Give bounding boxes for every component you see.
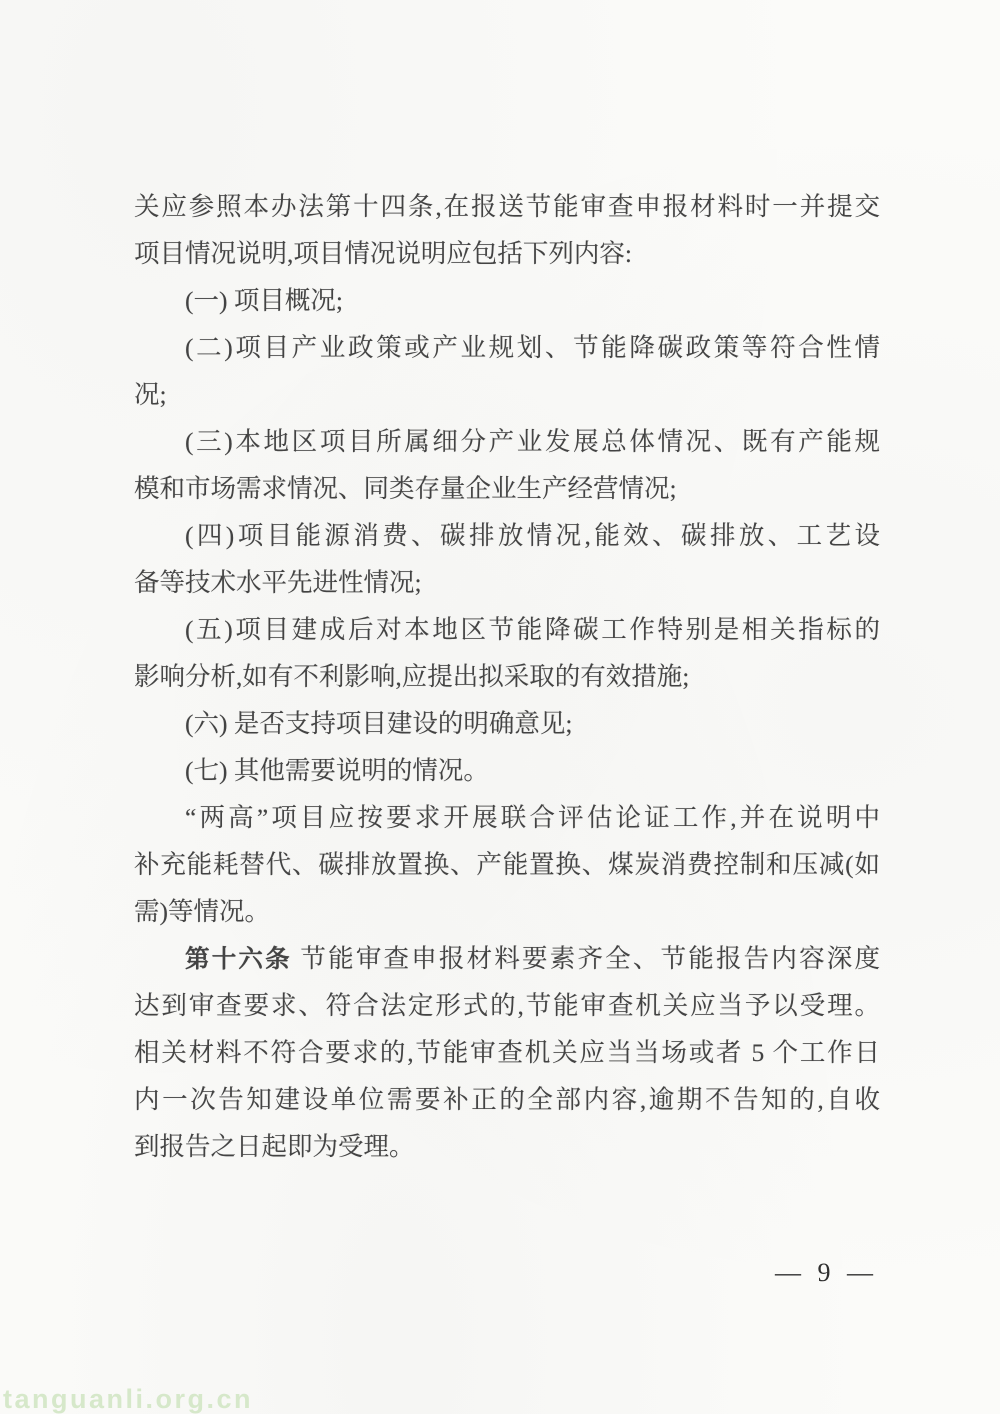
text-line: “两高”项目应按要求开展联合评估论证工作,并在说明中	[134, 794, 880, 841]
text-line: 需)等情况。	[134, 888, 880, 935]
text-line: 备等技术水平先进性情况;	[134, 559, 880, 606]
text-line: 项目情况说明,项目情况说明应包括下列内容:	[134, 230, 880, 277]
text-line: (七) 其他需要说明的情况。	[134, 747, 880, 794]
text-line: 模和市场需求情况、同类存量企业生产经营情况;	[134, 465, 880, 512]
page-number: — 9 —	[775, 1258, 878, 1288]
text-line: 到报告之日起即为受理。	[134, 1123, 880, 1170]
article-number-bold: 第十六条	[185, 946, 292, 973]
text-line: (二)项目产业政策或产业规划、节能降碳政策等符合性情	[134, 324, 880, 371]
text-line: 关应参照本办法第十四条,在报送节能审查申报材料时一并提交	[134, 183, 880, 230]
text-line: 内一次告知建设单位需要补正的全部内容,逾期不告知的,自收	[134, 1076, 880, 1123]
text-line: 第十六条 节能审查申报材料要素齐全、节能报告内容深度	[134, 935, 880, 982]
document-page: { "page": { "number": "— 9 —", "watermar…	[0, 0, 1000, 1414]
text-line: (五)项目建成后对本地区节能降碳工作特别是相关指标的	[134, 606, 880, 653]
text-line: (三)本地区项目所属细分产业发展总体情况、既有产能规	[134, 418, 880, 465]
text-line: 达到审查要求、符合法定形式的,节能审查机关应当予以受理。	[134, 982, 880, 1029]
watermark: tanguanli.org.cn	[3, 1384, 253, 1414]
text-line: (一) 项目概况;	[134, 277, 880, 324]
text-line: (四)项目能源消费、碳排放情况,能效、碳排放、工艺设	[134, 512, 880, 559]
text-line: 补充能耗替代、碳排放置换、产能置换、煤炭消费控制和压减(如	[134, 841, 880, 888]
text-line: 况;	[134, 371, 880, 418]
text-line: 相关材料不符合要求的,节能审查机关应当当场或者 5 个工作日	[134, 1029, 880, 1076]
document-text-block: 关应参照本办法第十四条,在报送节能审查申报材料时一并提交项目情况说明,项目情况说…	[134, 183, 880, 1170]
text-line: 影响分析,如有不利影响,应提出拟采取的有效措施;	[134, 653, 880, 700]
text-line: (六) 是否支持项目建设的明确意见;	[134, 700, 880, 747]
